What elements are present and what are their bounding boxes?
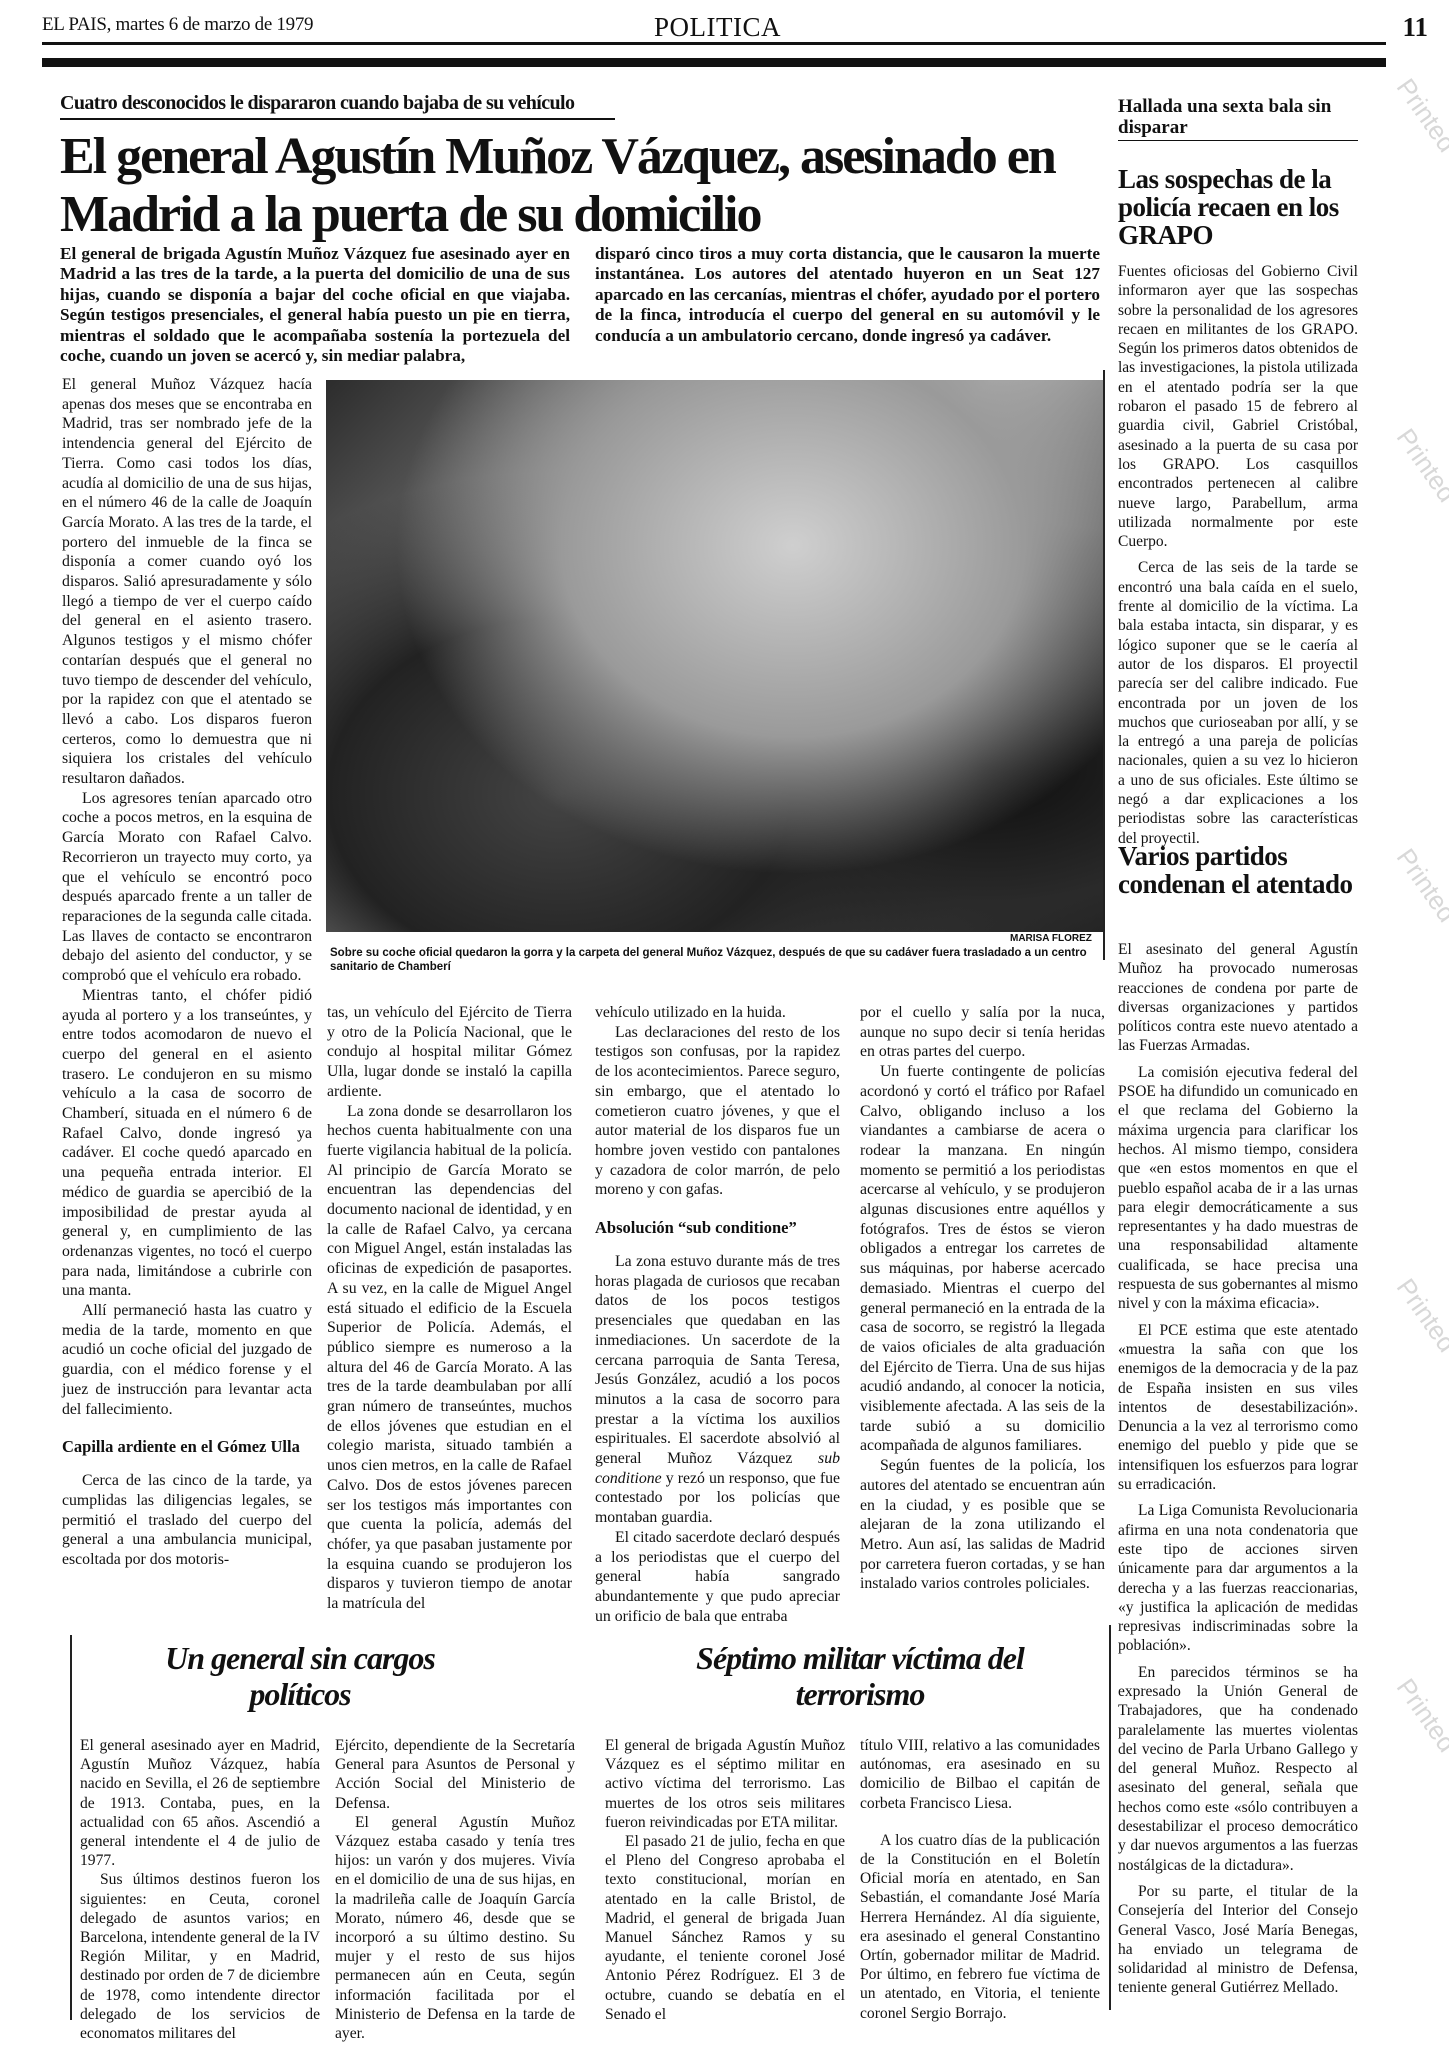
paragraph: vehículo utilizado en la huida. [595, 1003, 840, 1023]
subhead-absolucion: Absolución “sub conditione” [595, 1218, 840, 1238]
watermark: Printed [1390, 423, 1449, 508]
box-septimo-col2: título VIII, relativo a las comunidades … [860, 1736, 1100, 2023]
masthead: EL PAIS, martes 6 de marzo de 1979 POLIT… [42, 12, 1442, 42]
subhead-capilla: Capilla ardiente en el Gómez Ulla [62, 1437, 312, 1457]
box-general-col1: El general asesinado ayer en Madrid, Agu… [80, 1736, 320, 2043]
paragraph: Fuentes oficiosas del Gobierno Civil inf… [1118, 262, 1358, 551]
watermark: Printed [1390, 843, 1449, 928]
box-headline-septimo: Séptimo militar víctima del terrorismo [650, 1640, 1070, 1712]
paragraph: El pasado 21 de julio, fecha en que el P… [605, 1832, 845, 2024]
sidebar-article-grapo: Fuentes oficiosas del Gobierno Civil inf… [1118, 262, 1358, 855]
paragraph: Ejército, dependiente de la Secretaría G… [335, 1736, 575, 1813]
sidebar-headline-grapo: Las sospechas de la policía recaen en lo… [1118, 165, 1358, 249]
box-septimo-col1: El general de brigada Agustín Muñoz Vázq… [605, 1736, 845, 2024]
masthead-rule [42, 42, 1386, 45]
paragraph: El PCE estima que este atentado «muestra… [1118, 1321, 1358, 1495]
paragraph: Los agresores tenían aparcado otro coche… [62, 789, 312, 986]
paragraph: La zona estuvo durante más de tres horas… [595, 1252, 840, 1528]
watermark: Printed [1390, 73, 1449, 158]
paragraph: La zona donde se desarrollaron los hecho… [327, 1102, 572, 1614]
lead-paragraph-col1: El general de brigada Agustín Muñoz Vázq… [60, 244, 570, 366]
paragraph: por el cuello y salía por la nuca, aunqu… [860, 1003, 1105, 1062]
news-photo [326, 380, 1104, 932]
article-column-1: El general Muñoz Vázquez hacía apenas do… [62, 375, 312, 1570]
paragraph: tas, un vehículo del Ejército de Tierra … [327, 1003, 572, 1102]
section-title: POLITICA [654, 12, 781, 43]
main-headline: El general Agustín Muñoz Vázquez, asesin… [60, 128, 1100, 244]
publication-date: EL PAIS, martes 6 de marzo de 1979 [42, 14, 313, 36]
paragraph: El general asesinado ayer en Madrid, Agu… [80, 1736, 320, 1870]
watermark: Printed [1390, 1273, 1449, 1358]
article-column-3: vehículo utilizado en la huida. Las decl… [595, 1003, 840, 1626]
paragraph: El asesinato del general Agustín Muñoz h… [1118, 940, 1358, 1056]
photo-credit: MARISA FLOREZ [1010, 933, 1092, 944]
paragraph: Mientras tanto, el chófer pidió ayuda al… [62, 986, 312, 1301]
box-right-border [1109, 1625, 1111, 2010]
paragraph: A los cuatro días de la publicación de l… [860, 1831, 1100, 2023]
paragraph: Allí permaneció hasta las cuatro y media… [62, 1301, 312, 1419]
text-run: La zona estuvo durante más de tres horas… [595, 1253, 840, 1467]
paragraph: El general de brigada Agustín Muñoz Vázq… [605, 1736, 845, 1832]
paragraph: Las declaraciones del resto de los testi… [595, 1023, 840, 1200]
paragraph: Según fuentes de la policía, los autores… [860, 1456, 1105, 1594]
photo-caption: Sobre su coche oficial quedaron la gorra… [330, 946, 1110, 974]
article-column-4: por el cuello y salía por la nuca, aunqu… [860, 1003, 1105, 1594]
paragraph: Cerca de las seis de la tarde se encontr… [1118, 558, 1358, 847]
column-divider [1103, 370, 1105, 960]
box-general-col2: Ejército, dependiente de la Secretaría G… [335, 1736, 575, 2043]
paragraph: La Liga Comunista Revolucionaria afirma … [1118, 1501, 1358, 1655]
box-left-border [70, 1635, 72, 2020]
paragraph: Sus últimos destinos fueron los siguient… [80, 1870, 320, 2043]
paragraph: Un fuerte contingente de policías acordo… [860, 1062, 1105, 1456]
box-headline-general: Un general sin cargos políticos [150, 1640, 450, 1712]
sidebar-kicker: Hallada una sexta bala sin disparar [1118, 96, 1358, 141]
article-column-2: tas, un vehículo del Ejército de Tierra … [327, 1003, 572, 1614]
paragraph: En parecidos términos se ha expresado la… [1118, 1663, 1358, 1875]
paragraph: Cerca de las cinco de la tarde, ya cumpl… [62, 1471, 312, 1570]
paragraph: El general Muñoz Vázquez hacía apenas do… [62, 375, 312, 789]
watermark: Printed [1390, 1673, 1449, 1758]
paragraph: El general Agustín Muñoz Vázquez estaba … [335, 1813, 575, 2043]
paragraph: Por su parte, el titular de la Consejerí… [1118, 1882, 1358, 1998]
sidebar-headline-partidos: Varios partidos condenan el atentado [1118, 842, 1358, 898]
sidebar-article-partidos: El asesinato del general Agustín Muñoz h… [1118, 940, 1358, 2005]
paragraph: La comisión ejecutiva federal del PSOE h… [1118, 1063, 1358, 1314]
page-number: 11 [1402, 12, 1428, 43]
paragraph: El citado sacerdote declaró después a lo… [595, 1528, 840, 1627]
paragraph: título VIII, relativo a las comunidades … [860, 1736, 1100, 1813]
lead-paragraph-col2: disparó cinco tiros a muy corta distanci… [595, 244, 1100, 346]
masthead-thick-rule [42, 58, 1386, 67]
main-kicker: Cuatro desconocidos le dispararon cuando… [60, 92, 615, 120]
